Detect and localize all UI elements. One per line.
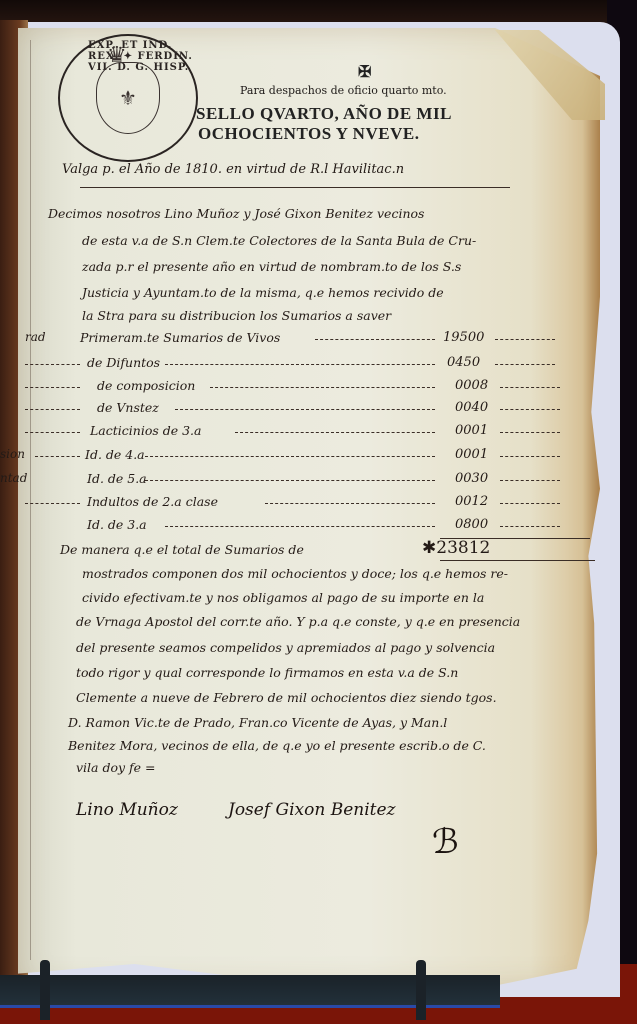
leader-dashes <box>165 526 435 527</box>
ledger-row: de Vnstez 0040 <box>25 400 585 422</box>
coat-of-arms-icon: ♛ ⚜ <box>96 62 160 134</box>
crown-icon: ♛ <box>107 43 127 68</box>
validation-underline <box>80 187 510 188</box>
ledger-label: de composicion <box>97 378 195 393</box>
intro-line-1: Decimos nosotros Lino Muñoz y José Gixon… <box>48 206 424 221</box>
royal-seal: EXP. ET IND. REX. ✦ FERDIN. VII. D. G. H… <box>58 34 198 162</box>
signature-josef-gixon-benitez: Josef Gixon Benitez <box>228 800 396 820</box>
ledger-label: de Vnstez <box>97 400 159 415</box>
ledger-label: Primeram.te Sumarios de Vivos <box>80 330 280 345</box>
ledger-label: Indultos de 2.a clase <box>87 494 218 509</box>
stamp-title: SELLO QVARTO, AÑO DE MIL OCHOCIENTOS Y N… <box>196 104 452 144</box>
leader-dashes <box>165 364 435 365</box>
leader-dashes <box>500 526 560 527</box>
leader-dashes <box>495 339 555 340</box>
leader-dashes <box>500 480 560 481</box>
rubric-flourish-icon: ℬ <box>432 822 459 862</box>
margin-note: rad <box>25 330 46 344</box>
cross-icon: ✠ <box>358 62 371 81</box>
stamp-title-line-1: SELLO QVARTO, AÑO DE MIL <box>196 104 452 124</box>
leader-dashes <box>145 480 435 481</box>
signature-lino-munoz: Lino Muñoz <box>76 800 178 820</box>
leader-dashes <box>495 364 555 365</box>
ledger-row: Lacticinios de 3.a 0001 <box>25 423 585 445</box>
total-value: ✱23812 <box>422 538 490 558</box>
ledger-label: Id. de 5.a <box>87 471 147 486</box>
ledger-row: de composicion 0008 <box>25 378 585 400</box>
stand-clip-left <box>40 960 50 1020</box>
leader-dashes <box>500 432 560 433</box>
ledger-row: sion Id. de 4.a 0001 <box>25 447 585 469</box>
leader-dashes <box>25 364 80 365</box>
closing-line-2: civido efectivam.te y nos obligamos al p… <box>82 590 484 605</box>
stand-clip-right <box>416 960 426 1020</box>
leader-dashes <box>25 503 80 504</box>
ledger-row: rad Primeram.te Sumarios de Vivos 19500 <box>25 330 585 352</box>
leader-dashes <box>265 503 435 504</box>
margin-note: ntad <box>0 471 27 485</box>
leader-dashes <box>210 387 435 388</box>
ledger-label: Lacticinios de 3.a <box>90 423 202 438</box>
ledger-value: 0012 <box>455 494 488 509</box>
closing-line-4: del presente seamos compelidos y apremia… <box>76 640 495 655</box>
margin-note: sion <box>0 447 25 461</box>
ledger-value: 0450 <box>447 355 480 370</box>
intro-line-3: zada p.r el presente año en virtud de no… <box>82 259 461 274</box>
stamp-purpose-line: Para despachos de oficio quarto mto. <box>240 84 447 97</box>
leader-dashes <box>500 387 560 388</box>
intro-line-2: de esta v.a de S.n Clem.te Colectores de… <box>82 233 476 248</box>
leader-dashes <box>145 456 435 457</box>
total-prefix: De manera q.e el total de Sumarios de <box>60 542 304 557</box>
closing-line-9: vila doy fe = <box>76 760 156 775</box>
total-underline <box>440 560 595 561</box>
closing-line-6: Clemente a nueve de Febrero de mil ochoc… <box>76 690 497 705</box>
ledger-value: 0001 <box>455 447 488 462</box>
ledger-value: 0030 <box>455 471 488 486</box>
closing-line-8: Benitez Mora, vecinos de ella, de q.e yo… <box>68 738 486 753</box>
leader-dashes <box>35 456 80 457</box>
ledger-value: 19500 <box>443 330 484 345</box>
total-amount: 23812 <box>436 538 490 558</box>
leader-dashes <box>500 456 560 457</box>
validation-line: Valga p. el Año de 1810. en virtud de R.… <box>62 162 404 177</box>
ledger-value: 0040 <box>455 400 488 415</box>
leader-dashes <box>25 387 80 388</box>
leader-dashes <box>25 432 80 433</box>
intro-line-5: la Stra para su distribucion los Sumario… <box>82 308 391 323</box>
closing-line-1: mostrados componen dos mil ochocientos y… <box>82 566 508 581</box>
ledger-row: de Difuntos 0450 <box>25 355 585 377</box>
closing-line-7: D. Ramon Vic.te de Prado, Fran.co Vicent… <box>68 715 447 730</box>
stamp-title-line-2: OCHOCIENTOS Y NVEVE. <box>198 124 452 144</box>
leader-dashes <box>25 409 80 410</box>
shield-icon: ⚜ <box>119 86 137 110</box>
ledger-value: 0008 <box>455 378 488 393</box>
ledger-row: Id. de 3.a 0800 <box>25 517 585 539</box>
leader-dashes <box>500 409 560 410</box>
leader-dashes <box>235 432 435 433</box>
ledger-value: 0001 <box>455 423 488 438</box>
ledger-row: Indultos de 2.a clase 0012 <box>25 494 585 516</box>
ledger-label: de Difuntos <box>87 355 160 370</box>
intro-line-4: Justicia y Ayuntam.to de la misma, q.e h… <box>82 285 444 300</box>
closing-line-3: de Vrnaga Apostol del corr.te año. Y p.a… <box>76 614 520 629</box>
ledger-label: Id. de 4.a <box>85 447 145 462</box>
ledger-row: ntad Id. de 5.a 0030 <box>25 471 585 493</box>
leader-dashes <box>500 503 560 504</box>
ledger-label: Id. de 3.a <box>87 517 147 532</box>
leader-dashes <box>315 339 435 340</box>
ledger-value: 0800 <box>455 517 488 532</box>
leader-dashes <box>175 409 435 410</box>
closing-line-5: todo rigor y qual corresponde lo firmamo… <box>76 665 458 680</box>
